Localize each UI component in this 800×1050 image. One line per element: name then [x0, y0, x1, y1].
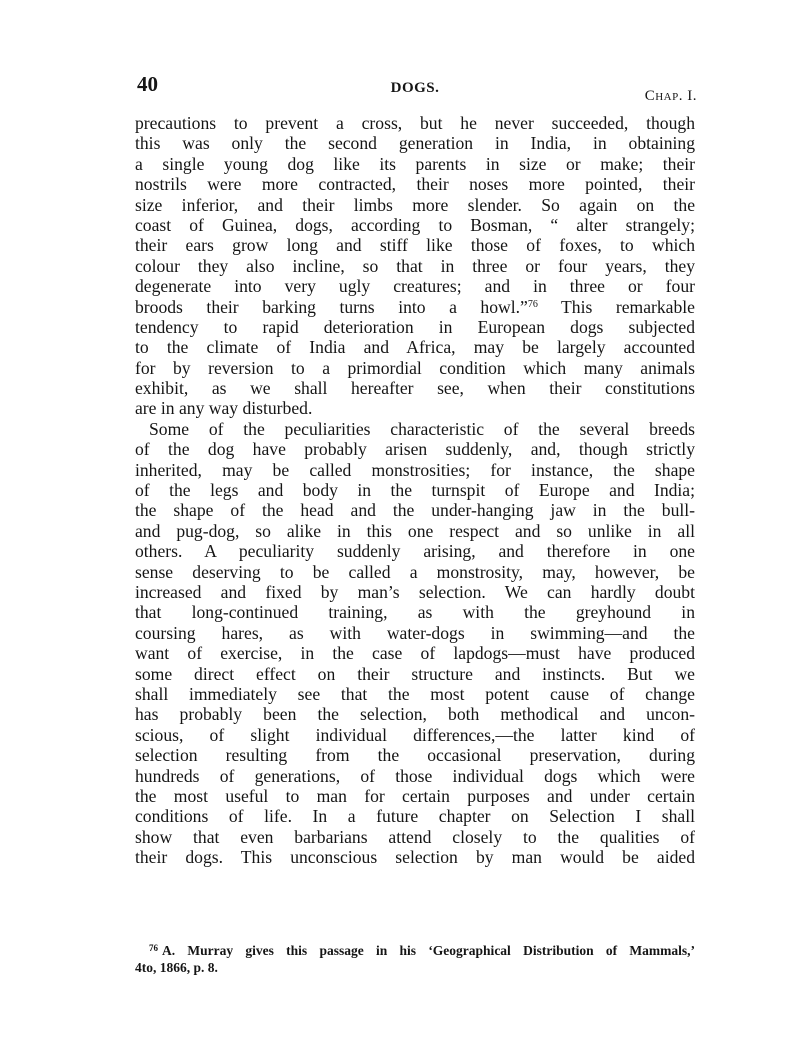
text-line: precautions to prevent a cross, but he n… [135, 113, 695, 133]
text-line: to the climate of India and Africa, may … [135, 337, 695, 357]
text-line: show that even barbarians attend closely… [135, 827, 695, 847]
text-line: conditions of life. In a future chapter … [135, 806, 695, 826]
text-line: want of exercise, in the case of lapdogs… [135, 643, 695, 663]
footnotes: 76A. Murray gives this passage in his ‘G… [135, 940, 695, 976]
footnote-line: 4to, 1866, p. 8. [135, 959, 695, 976]
chapter-label: Chap. I. [645, 88, 697, 105]
text-line: of the dog have probably arisen suddenly… [135, 439, 695, 459]
text-line: for by reversion to a primordial conditi… [135, 358, 695, 378]
text-line: degenerate into very ugly creatures; and… [135, 276, 695, 296]
text-line: a single young dog like its parents in s… [135, 154, 695, 174]
text-line: this was only the second generation in I… [135, 133, 695, 153]
text-line: are in any way disturbed. [135, 398, 695, 418]
text-line: others. A peculiarity suddenly arising, … [135, 541, 695, 561]
text-line: inherited, may be called monstrosities; … [135, 460, 695, 480]
text-line: some direct effect on their structure an… [135, 664, 695, 684]
text-line: scious, of slight individual differences… [135, 725, 695, 745]
footnote-text: A. Murray gives this passage in his ‘Geo… [162, 943, 695, 958]
text-line: that long-continued training, as with th… [135, 602, 695, 622]
text-line: hundreds of generations, of those indivi… [135, 766, 695, 786]
text-line: has probably been the selection, both me… [135, 704, 695, 724]
footnote-marker: 76 [149, 943, 158, 953]
text-line-paragraph-start: Some of the peculiarities characteristic… [135, 419, 695, 439]
text-line: coursing hares, as with water-dogs in sw… [135, 623, 695, 643]
footnote-line: 76A. Murray gives this passage in his ‘G… [135, 940, 695, 959]
text-line: increased and fixed by man’s selection. … [135, 582, 695, 602]
text-line: the most useful to man for certain purpo… [135, 786, 695, 806]
text-line: their dogs. This unconscious selection b… [135, 847, 695, 867]
text-line: exhibit, as we shall hereafter see, when… [135, 378, 695, 398]
text-line: selection resulting from the occasional … [135, 745, 695, 765]
book-page: 40 DOGS. Chap. I. precautions to prevent… [0, 0, 800, 1050]
running-title: DOGS. [135, 80, 695, 97]
text-line: of the legs and body in the turnspit of … [135, 480, 695, 500]
page-header: 40 DOGS. Chap. I. [135, 72, 695, 112]
text-line: tendency to rapid deterioration in Europ… [135, 317, 695, 337]
footnote-reference[interactable]: 76 [528, 299, 538, 310]
text-line: the shape of the head and the under-hang… [135, 500, 695, 520]
sentence-start-text: This remarkable [561, 297, 695, 317]
text-line: sense deserving to be called a monstrosi… [135, 562, 695, 582]
text-line: and pug-dog, so alike in this one respec… [135, 521, 695, 541]
text-line: size inferior, and their limbs more slen… [135, 195, 695, 215]
text-line: coast of Guinea, dogs, according to Bosm… [135, 215, 695, 235]
quote-end-text: broods their barking turns into a howl.” [135, 297, 528, 317]
text-line: their ears grow long and stiff like thos… [135, 235, 695, 255]
text-line: nostrils were more contracted, their nos… [135, 174, 695, 194]
text-line: colour they also incline, so that in thr… [135, 256, 695, 276]
body-text: precautions to prevent a cross, but he n… [135, 113, 695, 867]
text-line-with-reference: broods their barking turns into a howl.”… [135, 297, 695, 317]
text-line: shall immediately see that the most pote… [135, 684, 695, 704]
